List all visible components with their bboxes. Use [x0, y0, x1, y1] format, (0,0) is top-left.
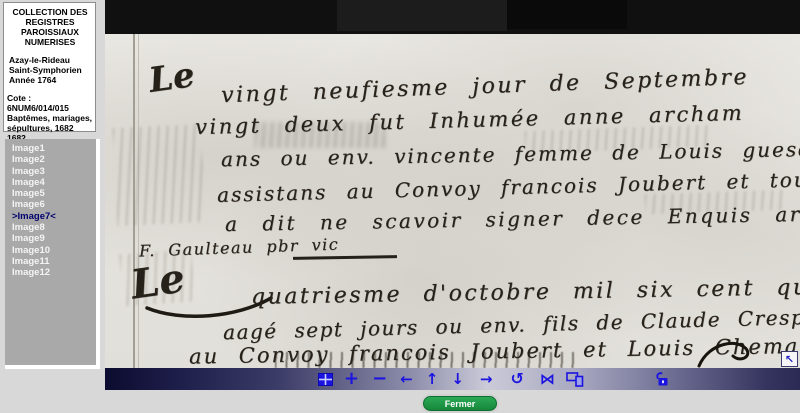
title-line: NUMERISES [7, 37, 93, 47]
photo-background-band [105, 0, 800, 34]
zoom-out-icon[interactable]: − [372, 368, 387, 390]
pan-left-icon[interactable]: ← [400, 368, 413, 390]
ink-bleed-mark [112, 124, 205, 226]
orientation-icon[interactable] [566, 368, 584, 390]
cote-number: 6NUM6/014/015 [7, 103, 93, 113]
list-item-image6[interactable]: Image6 [12, 199, 96, 210]
band-segment [337, 0, 507, 31]
tile-view-icon[interactable] [318, 368, 333, 390]
close-button-label: Fermer [445, 399, 476, 409]
arrow-up-left-icon: ↖ [785, 353, 794, 366]
list-item-image10[interactable]: Image10 [12, 245, 96, 256]
list-item-image4[interactable]: Image4 [12, 177, 96, 188]
title-line: PAROISSIAUX [7, 27, 93, 37]
ink-flourish-stroke [695, 336, 775, 368]
list-item-image8[interactable]: Image8 [12, 222, 96, 233]
pan-down-icon[interactable]: ↓ [451, 368, 464, 390]
cote-label: Cote : [7, 93, 93, 103]
list-item-image12[interactable]: Image12 [12, 267, 96, 278]
manuscript-line: quatriesme d'octobre mil six cent qu [251, 275, 800, 310]
unlock-icon[interactable] [654, 368, 670, 390]
location-parish: Saint-Symphorien [9, 65, 93, 75]
list-item-image11[interactable]: Image11 [12, 256, 96, 267]
close-button[interactable]: Fermer [423, 396, 497, 411]
list-item-image2[interactable]: Image2 [12, 154, 96, 165]
manuscript-image-viewport[interactable]: Le vingt neufiesme jour de Septembre vin… [105, 0, 800, 368]
reset-view-button[interactable]: ↖ [781, 351, 798, 367]
collection-title: COLLECTION DES REGISTRES PAROISSIAUX NUM… [7, 7, 93, 47]
manuscript-initial-flourish: Le [146, 55, 197, 101]
flip-mirror-icon[interactable]: ⋈ [540, 368, 555, 390]
rotate-icon[interactable]: ↺ [511, 368, 524, 390]
viewer-toolbar: + − ← ↑ ↓ → ↺ ⋈ [105, 368, 800, 390]
manuscript-line: vingt neufiesme jour de Septembre [221, 65, 750, 108]
title-line: REGISTRES [7, 17, 93, 27]
register-location: Azay-le-Rideau Saint-Symphorien Année 17… [7, 55, 93, 85]
zoom-in-icon[interactable]: + [344, 368, 359, 390]
info-panel: COLLECTION DES REGISTRES PAROISSIAUX NUM… [3, 2, 96, 132]
cote-type2: sépultures, 1682 [7, 123, 93, 133]
band-segment [507, 0, 627, 29]
title-line: COLLECTION DES [7, 7, 93, 17]
list-item-image3[interactable]: Image3 [12, 166, 96, 177]
pan-right-icon[interactable]: → [480, 368, 493, 390]
signature-underline-stroke [293, 255, 397, 259]
pan-up-icon[interactable]: ↑ [426, 368, 439, 390]
list-item-image5[interactable]: Image5 [12, 188, 96, 199]
manuscript-line: a dit ne scavoir signer dece Enquis ar [225, 202, 800, 236]
location-town: Azay-le-Rideau [9, 55, 93, 65]
register-cote: Cote : 6NUM6/014/015 Baptêmes, mariages,… [7, 93, 93, 143]
list-item-image1[interactable]: Image1 [12, 143, 96, 154]
list-item-image9[interactable]: Image9 [12, 233, 96, 244]
location-year: Année 1764 [9, 75, 93, 85]
list-item-image7-selected[interactable]: >Image7< [12, 211, 96, 222]
cote-type: Baptêmes, mariages, [7, 113, 93, 123]
image-list: Image1 Image2 Image3 Image4 Image5 Image… [5, 139, 100, 369]
